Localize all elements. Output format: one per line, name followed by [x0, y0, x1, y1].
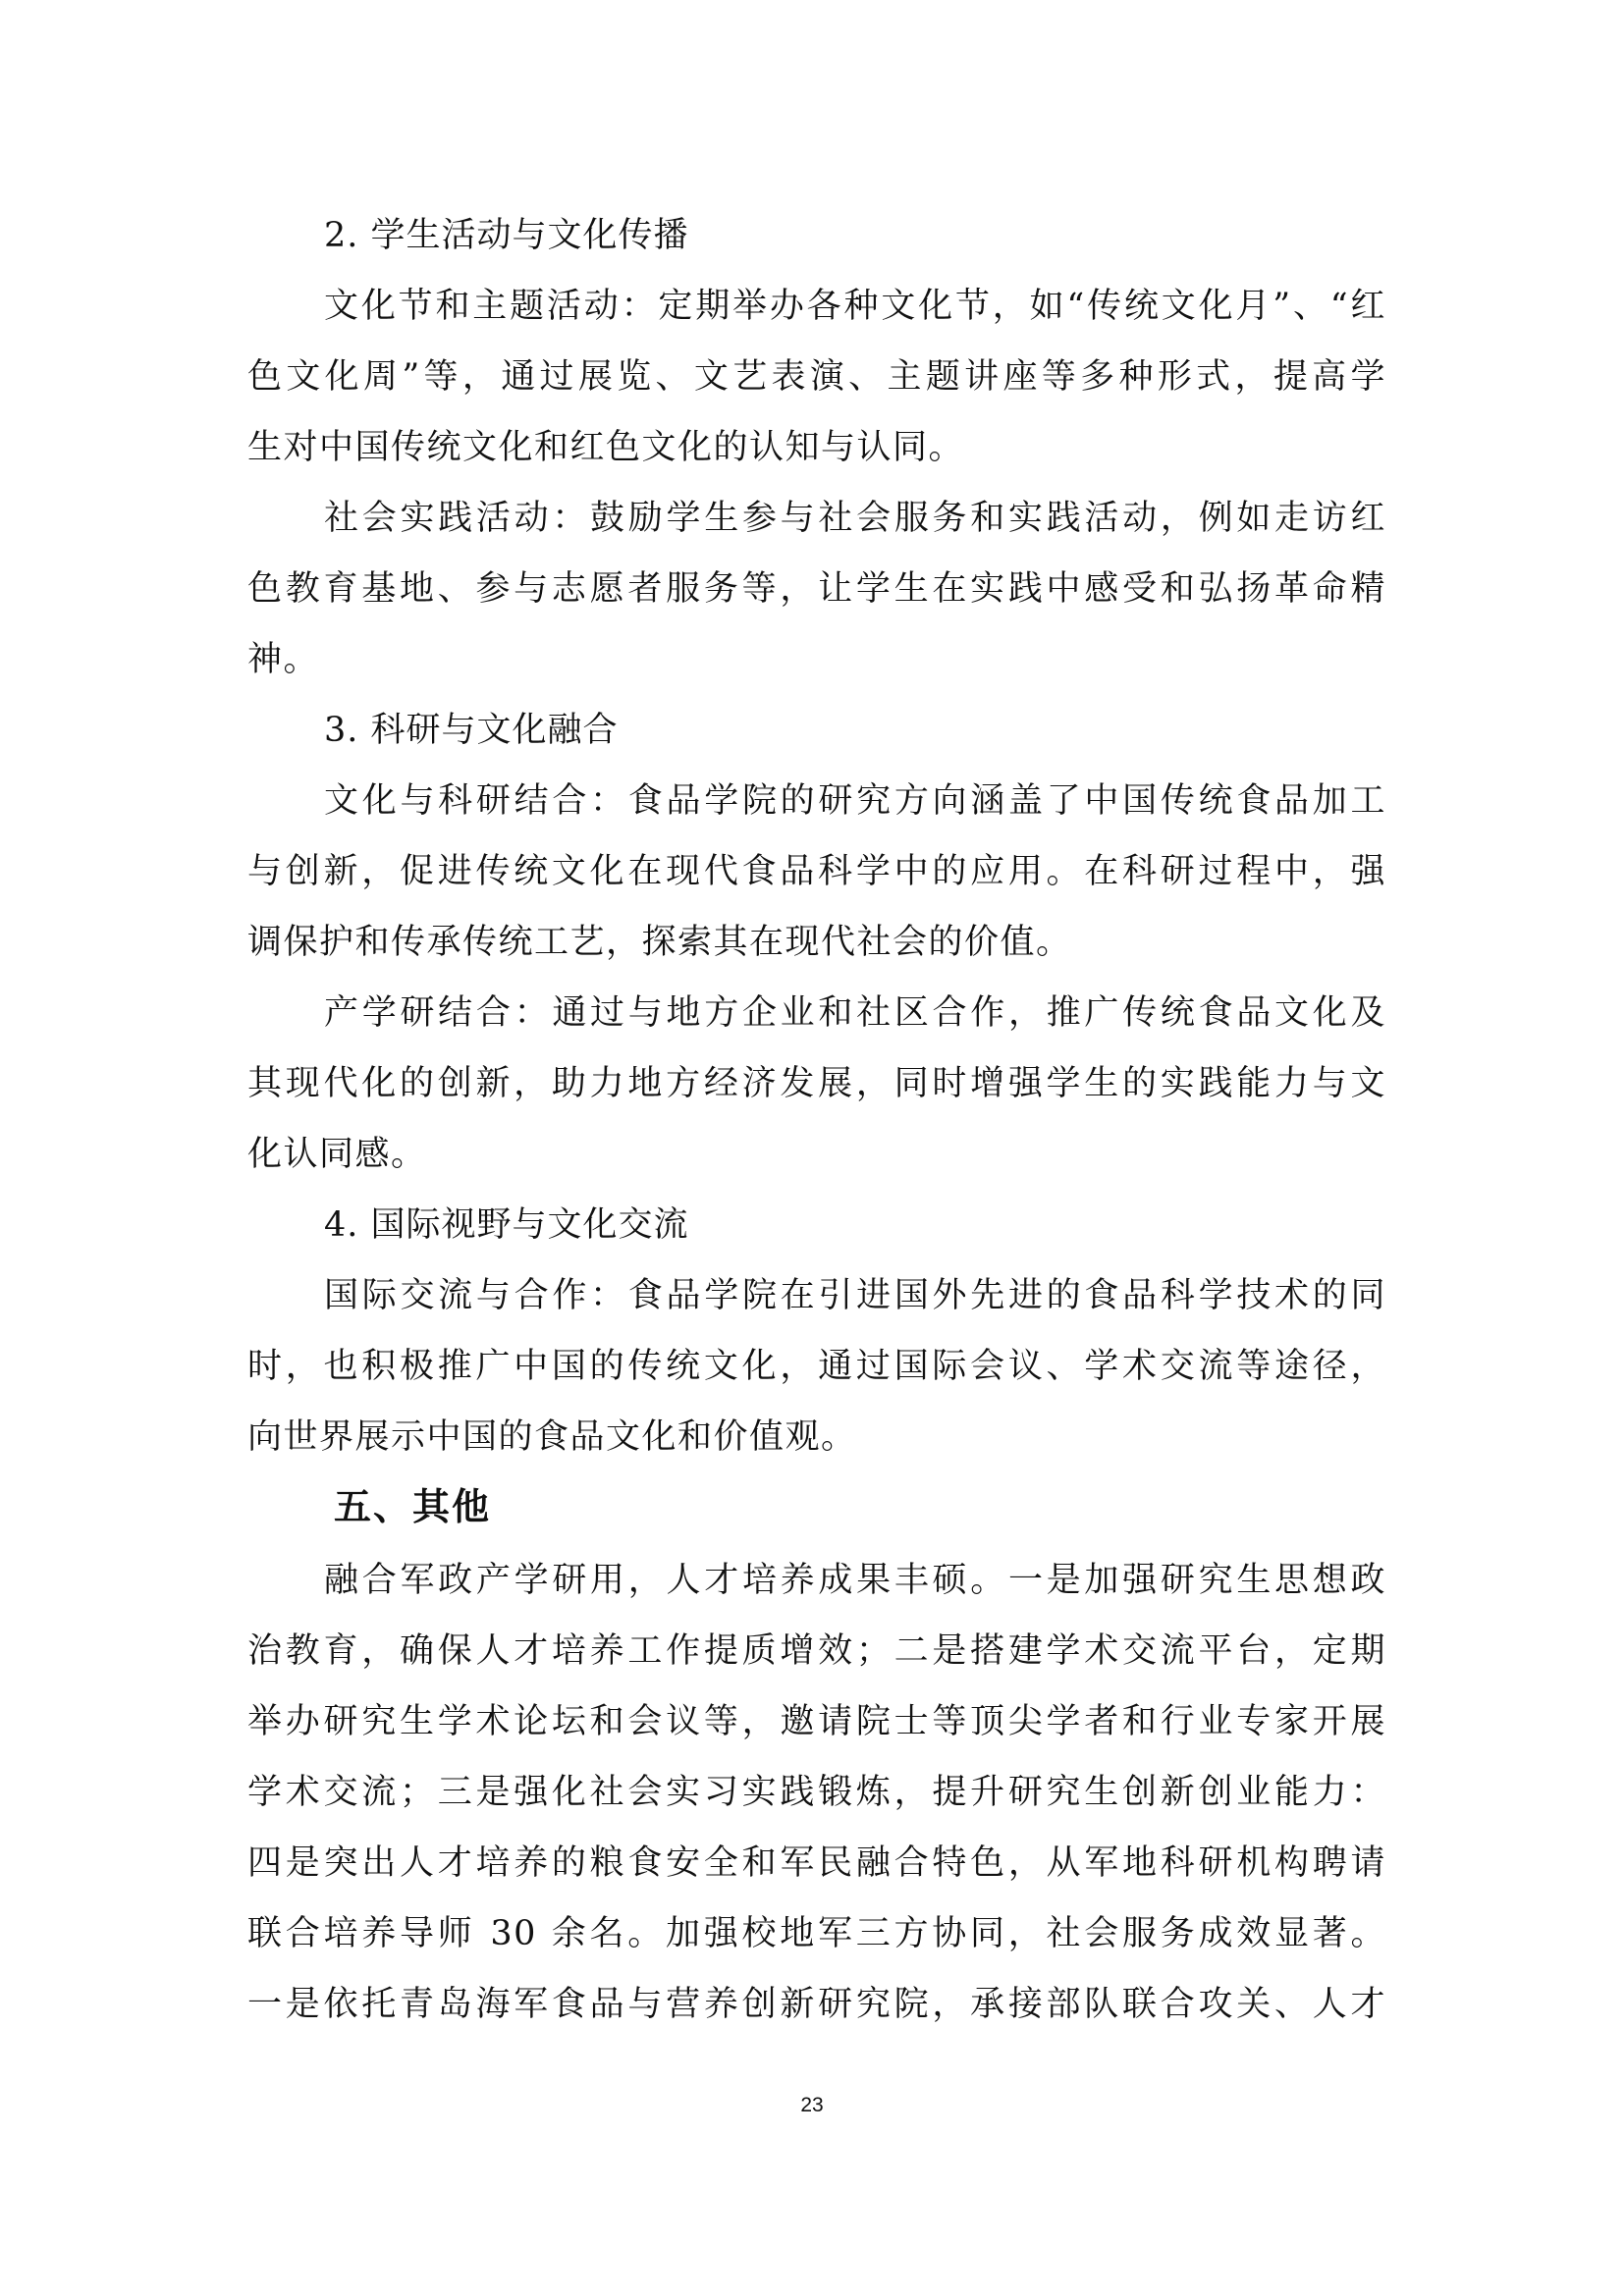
- page-number: 23: [0, 2093, 1624, 2118]
- paragraph-line: 向世界展示中国的食品文化和价值观。: [247, 1415, 1386, 1459]
- paragraph-line: 调保护和传承传统工艺，探索其在现代社会的价值。: [247, 921, 1386, 964]
- paragraph-line: 国际交流与合作：食品学院在引进国外先进的食品科学技术的同: [324, 1274, 1386, 1317]
- paragraph-line: 学术交流；三是强化社会实习实践锻炼，提升研究生创新创业能力：: [247, 1771, 1386, 1814]
- paragraph-line: 生对中国传统文化和红色文化的认知与认同。: [247, 426, 1386, 469]
- paragraph-line: 文化节和主题活动：定期举办各种文化节，如“传统文化月”、“红: [324, 285, 1386, 328]
- paragraph-line: 文化与科研结合：食品学院的研究方向涵盖了中国传统食品加工: [324, 779, 1386, 823]
- paragraph-line: 时，也积极推广中国的传统文化，通过国际会议、学术交流等途径，: [247, 1345, 1386, 1388]
- document-page: 2. 学生活动与文化传播 文化节和主题活动：定期举办各种文化节，如“传统文化月”…: [0, 0, 1624, 2296]
- section-heading-3: 3. 科研与文化融合: [324, 709, 619, 752]
- paragraph-line: 社会实践活动：鼓励学生参与社会服务和实践活动，例如走访红: [324, 497, 1386, 540]
- paragraph-line: 治教育，确保人才培养工作提质增效；二是搭建学术交流平台，定期: [247, 1629, 1386, 1673]
- paragraph-line: 四是突出人才培养的粮食安全和军民融合特色，从军地科研机构聘请: [247, 1842, 1386, 1885]
- paragraph-line: 联合培养导师 30 余名。加强校地军三方协同，社会服务成效显著。: [247, 1912, 1386, 1955]
- chapter-heading: 五、其他: [334, 1484, 491, 1529]
- paragraph-line: 融合军政产学研用，人才培养成果丰硕。一是加强研究生思想政: [324, 1559, 1386, 1602]
- paragraph-line: 色文化周”等，通过展览、文艺表演、主题讲座等多种形式，提高学: [247, 355, 1386, 399]
- paragraph-line: 一是依托青岛海军食品与营养创新研究院，承接部队联合攻关、人才: [247, 1983, 1386, 2026]
- paragraph-line: 神。: [247, 638, 1386, 681]
- paragraph-line: 化认同感。: [247, 1133, 1386, 1176]
- section-heading-2: 2. 学生活动与文化传播: [324, 214, 689, 257]
- section-heading-4: 4. 国际视野与文化交流: [324, 1203, 689, 1247]
- paragraph-line: 色教育基地、参与志愿者服务等，让学生在实践中感受和弘扬革命精: [247, 567, 1386, 611]
- paragraph-line: 与创新，促进传统文化在现代食品科学中的应用。在科研过程中，强: [247, 850, 1386, 893]
- paragraph-line: 产学研结合：通过与地方企业和社区合作，推广传统食品文化及: [324, 991, 1386, 1035]
- paragraph-line: 其现代化的创新，助力地方经济发展，同时增强学生的实践能力与文: [247, 1062, 1386, 1105]
- paragraph-line: 举办研究生学术论坛和会议等，邀请院士等顶尖学者和行业专家开展: [247, 1700, 1386, 1743]
